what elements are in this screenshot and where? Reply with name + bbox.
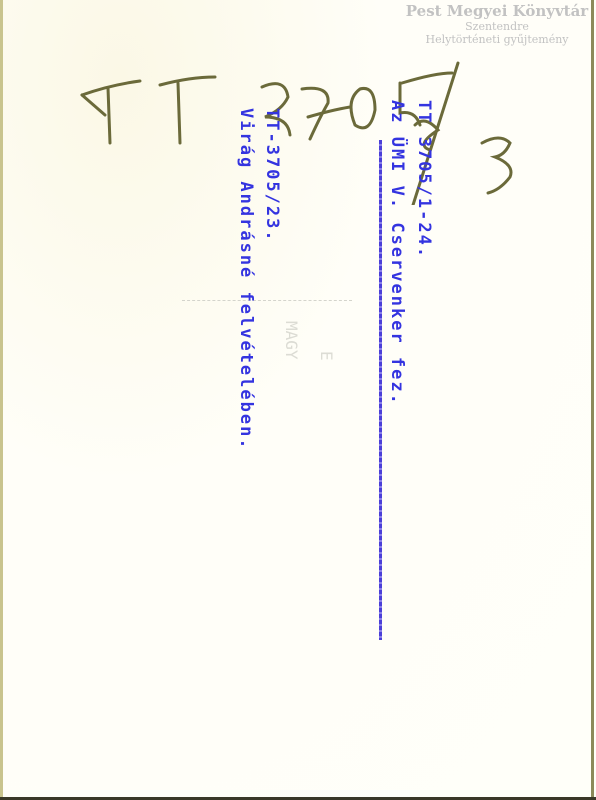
library-watermark: Pest Megyei Könyvtár Szentendre Helytört… (402, 2, 592, 46)
faint-grey-stamp: MAGY E (182, 300, 352, 581)
stamp-right-line2: Az ÜMI V. Cservenker fez. (387, 100, 407, 406)
faint-stamp-text-2: E (317, 351, 336, 361)
stamp-left-line1: TT-3705/23. (262, 108, 282, 243)
stamp-right-line1: TT 3705/1-24. (414, 100, 434, 259)
document-card: Pest Megyei Könyvtár Szentendre Helytört… (0, 0, 596, 800)
watermark-title: Pest Megyei Könyvtár (402, 2, 592, 20)
handwritten-inventory-number (70, 55, 530, 205)
faint-stamp-text-1: MAGY (282, 321, 301, 360)
watermark-collection: Helytörténeti gyűjtemény (402, 33, 592, 46)
watermark-city: Szentendre (402, 20, 592, 33)
card-left-edge (0, 0, 3, 800)
stamp-left-line2: Virág Andrásné felvételében. (236, 108, 256, 451)
stamp-vertical-rule (379, 140, 382, 640)
card-right-edge (591, 0, 594, 800)
